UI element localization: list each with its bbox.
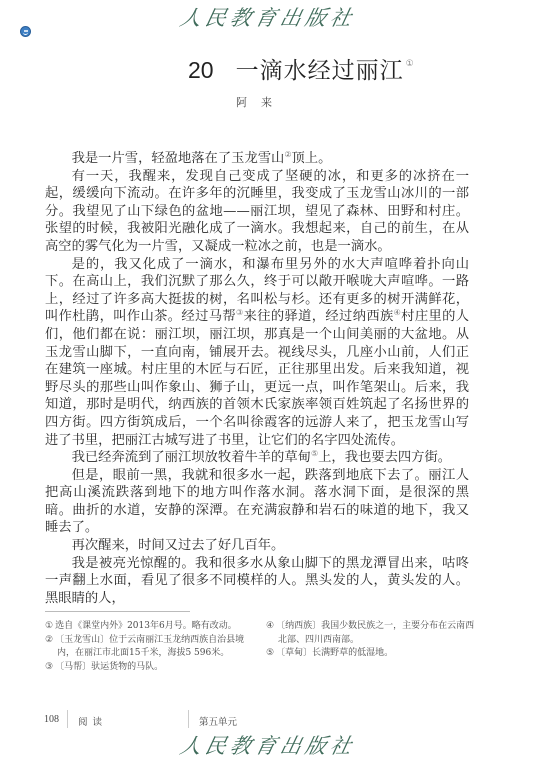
page-number: 108	[44, 714, 59, 725]
lesson-title: 20一滴水经过丽江①	[188, 52, 414, 85]
footnotes-right: ④〔纳西族〕我国少数民族之一，主要分布在云南西北部、四川西南部。 ⑤〔草甸〕长满…	[266, 620, 481, 661]
paragraph-4: 我已经奔流到了丽江坝放牧着牛羊的草甸⑤上，我也要去四方街。	[45, 449, 469, 467]
footnote-1: ①选自《课堂内外》2013年6月号。略有改动。	[45, 620, 260, 634]
article-body: 我是一片雪，轻盈地落在了玉龙雪山②顶上。 有一天，我醒来，发现自己变成了坚硬的冰…	[45, 150, 469, 607]
text-span: 来往的驿道，经过纳西族	[244, 309, 394, 324]
publisher-logo-top: 人民教育出版社	[0, 2, 536, 32]
footnote-mark: ②	[45, 635, 53, 645]
footnotes-left: ①选自《课堂内外》2013年6月号。略有改动。 ②〔玉龙雪山〕位于云南丽江玉龙纳…	[45, 620, 260, 674]
section-label: 阅读	[78, 714, 107, 728]
text-span: 有一天，我醒来，发现自己变成了坚硬的冰，和更多的冰挤在一起，缓缓向下流动。在许多…	[45, 169, 469, 254]
footnote-ref[interactable]: ③	[236, 308, 244, 317]
paragraph-5: 但是，眼前一黑，我就和很多水一起，跌落到地底下去了。丽江人把高山溪流跌落到地下的…	[45, 467, 469, 537]
footnote-4: ④〔纳西族〕我国少数民族之一，主要分布在云南西北部、四川西南部。	[266, 620, 481, 647]
footnote-text: 〔纳西族〕我国少数民族之一，主要分布在云南西北部、四川西南部。	[276, 621, 474, 645]
paragraph-7: 我是被亮光惊醒的。我和很多水从象山脚下的黑龙潭冒出来，咕咚一声翻上水面，看见了很…	[45, 555, 469, 608]
text-span: 我是一片雪，轻盈地落在了玉龙雪山	[72, 151, 285, 166]
lesson-title-text: 一滴水经过丽江	[236, 58, 404, 84]
footnote-mark: ③	[45, 662, 53, 672]
text-span: 再次醒来，时间又过去了好几百年。	[72, 538, 285, 553]
text-span: 顶上。	[292, 151, 332, 166]
footnote-text: 〔草甸〕长满野草的低湿地。	[276, 648, 393, 658]
lesson-number: 20	[188, 57, 214, 83]
paragraph-6: 再次醒来，时间又过去了好几百年。	[45, 537, 469, 555]
text-span: 村庄里的人们，他们都在说：丽江坝，丽江坝，那真是一个山间美丽的大盆地。从玉龙雪山…	[45, 309, 469, 447]
footnote-mark: ①	[45, 621, 53, 631]
footnote-divider	[45, 611, 190, 612]
footnote-text: 〔玉龙雪山〕位于云南丽江玉龙纳西族自治县境内，在丽江市北面15千米，海拔5 59…	[55, 635, 244, 659]
footnote-mark: ④	[266, 621, 274, 631]
smiley-icon	[20, 26, 31, 37]
paragraph-3: 是的，我又化成了一滴水，和瀑布里另外的水大声喧哗着扑向山下。在高山上，我们沉默了…	[45, 256, 469, 450]
footnote-text: 选自《课堂内外》2013年6月号。略有改动。	[55, 621, 237, 631]
paragraph-2: 有一天，我醒来，发现自己变成了坚硬的冰，和更多的冰挤在一起，缓缓向下流动。在许多…	[45, 168, 469, 256]
footnote-5: ⑤〔草甸〕长满野草的低湿地。	[266, 647, 481, 661]
author: 阿来	[236, 94, 286, 110]
text-span: 我是被亮光惊醒的。我和很多水从象山脚下的黑龙潭冒出来，咕咚一声翻上水面，看见了很…	[45, 556, 469, 606]
footnote-3: ③〔马帮〕驮运货物的马队。	[45, 661, 260, 675]
title-footnote-mark[interactable]: ①	[406, 59, 414, 69]
footnote-text: 〔马帮〕驮运货物的马队。	[55, 662, 163, 672]
footnote-ref[interactable]: ②	[284, 150, 291, 159]
text-span: 但是，眼前一黑，我就和很多水一起，跌落到地底下去了。丽江人把高山溪流跌落到地下的…	[45, 468, 469, 536]
text-span: 上，我也要去四方街。	[318, 450, 451, 465]
unit-label: 第五单元	[199, 714, 237, 728]
page-footer: 108 阅读 第五单元	[0, 710, 536, 730]
publisher-logo-bottom: 人民教育出版社	[0, 730, 536, 760]
footnote-2: ②〔玉龙雪山〕位于云南丽江玉龙纳西族自治县境内，在丽江市北面15千米，海拔5 5…	[45, 634, 260, 661]
footer-divider	[188, 710, 189, 728]
footer-divider	[67, 710, 68, 728]
paragraph-1: 我是一片雪，轻盈地落在了玉龙雪山②顶上。	[45, 150, 469, 168]
footnote-mark: ⑤	[266, 648, 274, 658]
text-span: 我已经奔流到了丽江坝放牧着牛羊的草甸	[72, 450, 311, 465]
